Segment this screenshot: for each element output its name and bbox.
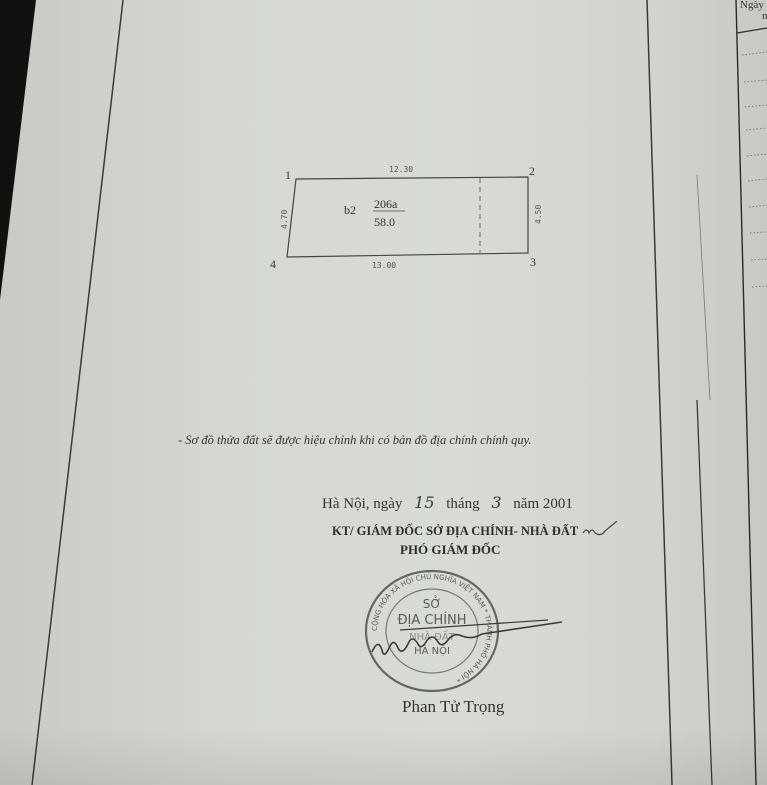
signature	[0, 0, 767, 785]
photo-shadow	[0, 725, 767, 785]
signer-name: Phan Tử Trọng	[402, 697, 504, 717]
